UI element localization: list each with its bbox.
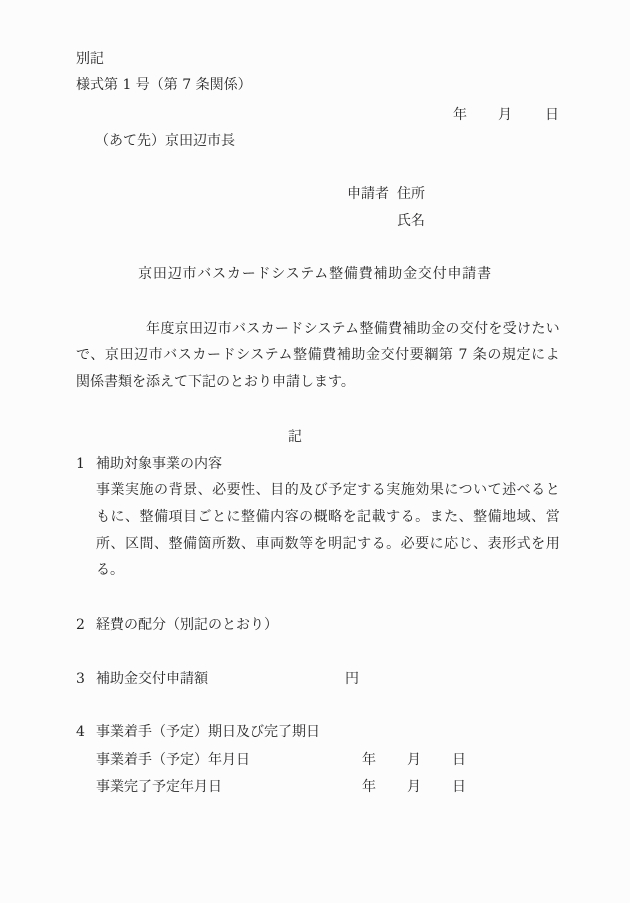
completion-date-row: 事業完了予定年月日 年 月 日 [0, 773, 630, 801]
item-number: 2 [76, 611, 85, 639]
start-date-row: 事業着手（予定）年月日 年 月 日 [0, 746, 630, 774]
form-note: 別記 [76, 45, 104, 73]
date-year-label: 年 [453, 101, 467, 129]
body-marker: 記 [0, 423, 610, 451]
amount-unit-label: 円 [345, 665, 359, 693]
item-heading: 経費の配分（別記のとおり） [96, 611, 278, 639]
applicant-address-line: 申請者 住所 [0, 180, 630, 208]
applicant-address-label: 住所 [397, 180, 425, 208]
item-1-body-line: 所、区間、整備箇所数、車両数等を明記する。必要に応じ、表形式を用い [96, 530, 560, 558]
item-1-body-line: もに、整備項目ごとに整備内容の概略を記載する。また、整備地域、営業 [96, 503, 560, 531]
applicant-name-label: 氏名 [397, 207, 425, 235]
addressee: （あて先）京田辺市長 [95, 127, 235, 155]
document-page: 別記 様式第 1 号（第 7 条関係） 年 月 日 （あて先）京田辺市長 申請者… [0, 0, 630, 903]
form-number: 様式第 1 号（第 7 条関係） [76, 71, 252, 99]
start-date-month-label: 月 [407, 746, 421, 774]
intro-line: で、京田辺市バスカードシステム整備費補助金交付要綱第 7 条の規定により、 [76, 341, 560, 369]
item-4-heading-line: 4 事業着手（予定）期日及び完了期日 [0, 718, 630, 746]
completion-date-day-label: 日 [452, 773, 466, 801]
completion-date-month-label: 月 [407, 773, 421, 801]
item-2-heading-line: 2 経費の配分（別記のとおり） [0, 611, 630, 639]
completion-date-label: 事業完了予定年月日 [96, 773, 222, 801]
item-number: 3 [76, 665, 85, 693]
item-1-body-line: 事業実施の背景、必要性、目的及び予定する実施効果について述べるとと [96, 476, 560, 504]
item-heading: 補助金交付申請額 [96, 665, 208, 693]
item-1-body-line: る。 [96, 556, 124, 584]
item-1-heading-line: 1 補助対象事業の内容 [0, 450, 630, 478]
intro-line: 関係書類を添えて下記のとおり申請します。 [76, 368, 355, 396]
item-3-heading-line: 3 補助金交付申請額 円 [0, 665, 630, 693]
document-title: 京田辺市バスカードシステム整備費補助金交付申請書 [0, 260, 630, 288]
date-day-label: 日 [545, 101, 559, 129]
date-line: 年 月 日 [0, 101, 630, 129]
start-date-label: 事業着手（予定）年月日 [96, 746, 250, 774]
item-heading: 事業着手（予定）期日及び完了期日 [96, 718, 320, 746]
start-date-year-label: 年 [362, 746, 376, 774]
date-month-label: 月 [498, 101, 512, 129]
start-date-day-label: 日 [452, 746, 466, 774]
applicant-label: 申請者 [347, 180, 389, 208]
item-number: 1 [76, 450, 85, 478]
item-heading: 補助対象事業の内容 [96, 450, 222, 478]
completion-date-year-label: 年 [362, 773, 376, 801]
intro-line: 年度京田辺市バスカードシステム整備費補助金の交付を受けたいの [146, 315, 560, 343]
item-number: 4 [76, 718, 85, 746]
